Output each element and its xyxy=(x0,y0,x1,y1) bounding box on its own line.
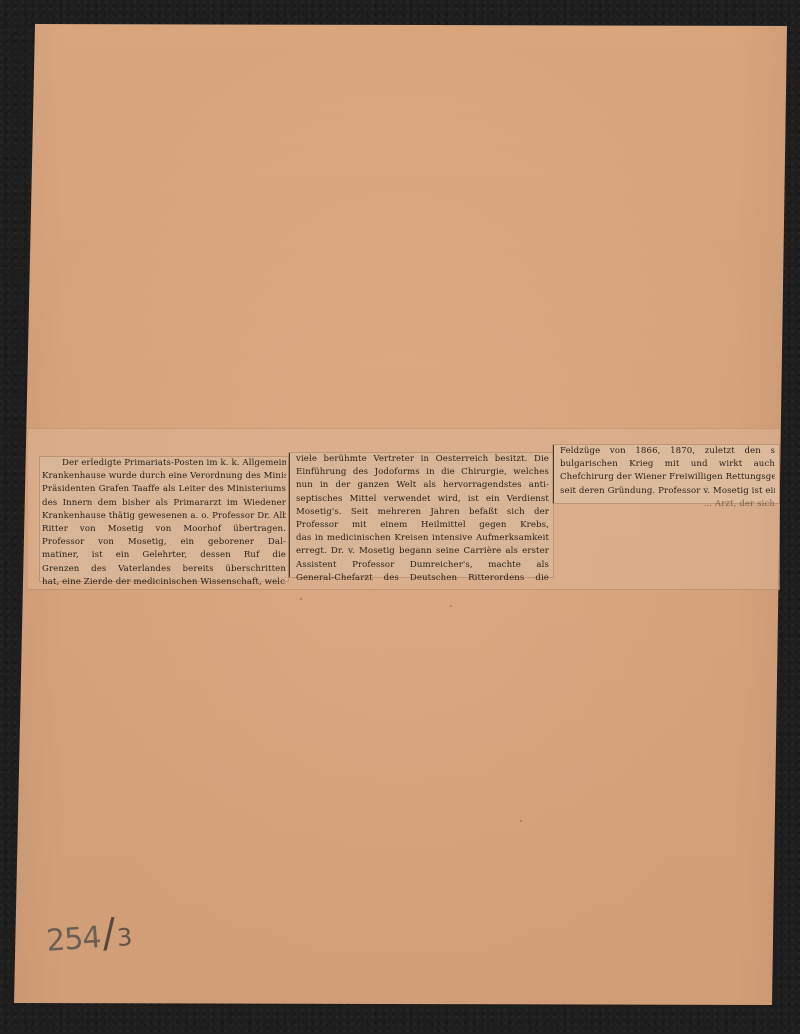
text-line: Krankenhause thätig gewesenen a. o. Prof… xyxy=(42,510,286,523)
text-line: Assistent Professor Dumreicher's, machte… xyxy=(296,559,549,572)
text-line: matiner, ist ein Gelehrter, dessen Ruf d… xyxy=(42,549,286,562)
clipping-column-2: viele berühmte Vertreter in Oesterreich … xyxy=(289,453,553,577)
text-line: Ritter von Mosetig von Moorhof übertrage… xyxy=(42,523,286,536)
clipping-column-1: Der erledigte Primariats-Posten im k. k.… xyxy=(40,457,288,581)
text-line: ... Arzt, der sich xyxy=(560,498,775,511)
text-line: Feldzüge von 1866, 1870, zuletzt den s xyxy=(560,445,775,458)
text-line: viele berühmte Vertreter in Oesterreich … xyxy=(296,453,549,466)
text-line: Der erledigte Primariats-Posten im k. k.… xyxy=(42,457,286,470)
text-line: bulgarischen Krieg mit und wirkt auch xyxy=(560,458,775,471)
slash-mark: / xyxy=(101,910,117,957)
text-line: hat, eine Zierde der medicinischen Wisse… xyxy=(42,576,286,589)
text-line: Präsidenten Grafen Taaffe als Leiter des… xyxy=(42,483,286,496)
text-line: Grenzen des Vaterlandes bereits überschr… xyxy=(42,563,286,576)
text-line: septisches Mittel verwendet wird, ist ei… xyxy=(296,493,549,506)
text-line: Mosetig's. Seit mehreren Jahren befaßt s… xyxy=(296,506,549,519)
text-line: erregt. Dr. v. Mosetig begann seine Carr… xyxy=(296,545,549,558)
handwritten-inventory-number: 254/3 xyxy=(44,909,132,961)
paper-speck xyxy=(520,820,522,822)
text-line: das in medicinischen Kreisen intensive A… xyxy=(296,532,549,545)
text-line: seit deren Gründung. Professor v. Moseti… xyxy=(560,485,775,498)
paper-speck xyxy=(450,605,452,607)
clipping-column-3: Feldzüge von 1866, 1870, zuletzt den s b… xyxy=(553,445,779,503)
text-line: Professor von Mosetig, ein geborener Dal… xyxy=(42,536,286,549)
text-line: nun in der ganzen Welt als hervorragends… xyxy=(296,479,549,492)
text-line: Einführung des Jodoforms in die Chirurgi… xyxy=(296,466,549,479)
text-line: des Innern dem bisher als Primararzt im … xyxy=(42,497,286,510)
text-line: Chefchirurg der Wiener Freiwilligen Rett… xyxy=(560,471,775,484)
text-line: Krankenhause wurde durch eine Verordnung… xyxy=(42,470,286,483)
inventory-number: 254 xyxy=(45,920,102,959)
inventory-suffix: 3 xyxy=(116,923,132,952)
paper-speck xyxy=(300,598,302,600)
text-line: General-Chefarzt des Deutschen Ritterord… xyxy=(296,572,549,585)
text-line: Professor mit einem Heilmittel gegen Kre… xyxy=(296,519,549,532)
